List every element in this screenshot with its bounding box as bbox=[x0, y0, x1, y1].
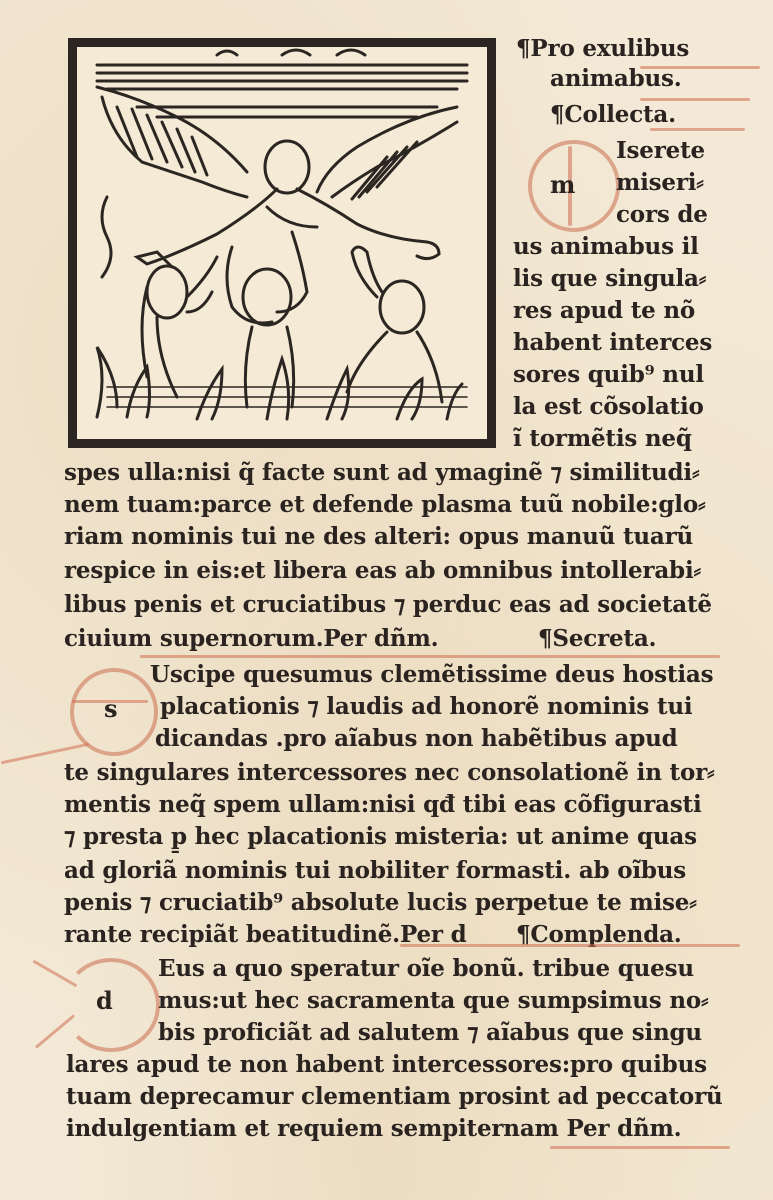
collecta-side-line: Iserete bbox=[616, 136, 705, 166]
complenda-line: indulgentiam et requiem sempiternam Per … bbox=[66, 1114, 681, 1144]
complenda-line: lares apud te non habent intercessores:p… bbox=[66, 1050, 707, 1080]
secreta-line: penis ⁊ cruciatib⁹ absolute lucis perpet… bbox=[64, 888, 697, 918]
initial-flourish bbox=[33, 960, 78, 988]
secreta-line: mentis neq̃ spem ullam:nisi qđ tibi eas … bbox=[64, 790, 702, 820]
rubric-stroke bbox=[650, 128, 745, 131]
collecta-side-line: ĩ tormẽtis neq̃ bbox=[513, 424, 692, 454]
collecta-side-line: cors de bbox=[616, 200, 708, 230]
secreta-line: ⁊ presta p̱ hec placationis misteria: ut… bbox=[64, 822, 697, 852]
secreta-line: ad gloriã nominis tui nobiliter formasti… bbox=[64, 856, 686, 886]
complenda-line: tuam deprecamur clementiam prosint ad pe… bbox=[66, 1082, 723, 1112]
collecta-line: spes ulla:nisi q̃ facte sunt ad ymaginẽ … bbox=[64, 458, 699, 488]
collecta-line: nem tuam:parce et defende plasma tuũ nob… bbox=[64, 490, 705, 520]
rubric-underline bbox=[550, 1146, 730, 1149]
heading-line-3: ¶Collecta. bbox=[550, 100, 676, 130]
secreta-line: Uscipe quesumus clemẽtissime deus hostia… bbox=[150, 660, 713, 690]
complenda-line: Eus a quo speratur oĩe bonũ. tribue ques… bbox=[158, 954, 694, 984]
collecta-side-line: res apud te nõ bbox=[513, 296, 695, 326]
secreta-line: placationis ⁊ laudis ad honorẽ nominis t… bbox=[160, 692, 692, 722]
collecta-side-line: miseri⸗ bbox=[616, 168, 704, 198]
heading-line-2: animabus. bbox=[550, 64, 682, 94]
collecta-side-line: habent interces bbox=[513, 328, 712, 358]
collecta-side-line: us animabus il bbox=[513, 232, 699, 262]
complenda-line: mus:ut hec sacramenta que sumpsimus no⸗ bbox=[158, 986, 708, 1016]
guide-letter-m: m bbox=[550, 170, 575, 199]
rubric-underline bbox=[140, 655, 720, 658]
collecta-side-line: lis que singula⸗ bbox=[513, 264, 706, 294]
angel-and-souls-woodcut-icon bbox=[77, 47, 487, 439]
collecta-line: ciuium supernorum.Per dñm. bbox=[64, 624, 438, 654]
secreta-line: dicandas .pro aĩabus non habẽtibus apud bbox=[155, 724, 678, 754]
collecta-line: respice in eis:et libera eas ab omnibus … bbox=[64, 556, 701, 586]
collecta-line: libus penis et cruciatibus ⁊ perduc eas … bbox=[64, 590, 712, 620]
manuscript-page: ¶Pro exulibus animabus. ¶Collecta. m Ise… bbox=[0, 0, 773, 1200]
secreta-rubric: ¶Secreta. bbox=[538, 624, 656, 654]
initial-flourish bbox=[35, 1014, 75, 1048]
woodcut-illustration bbox=[68, 38, 496, 448]
complenda-line: bis proficiãt ad salutem ⁊ aĩabus que si… bbox=[158, 1018, 702, 1048]
rubric-underline bbox=[400, 944, 740, 947]
collecta-line: riam nominis tui ne des alteri: opus man… bbox=[64, 522, 693, 552]
guide-letter-d: d bbox=[96, 986, 113, 1015]
secreta-line: te singulares intercessores nec consolat… bbox=[64, 758, 714, 788]
heading-line-1: ¶Pro exulibus bbox=[516, 34, 689, 64]
guide-letter-s: s bbox=[104, 694, 118, 723]
collecta-side-line: sores quib⁹ nul bbox=[513, 360, 704, 390]
collecta-side-line: la est cõsolatio bbox=[513, 392, 704, 422]
